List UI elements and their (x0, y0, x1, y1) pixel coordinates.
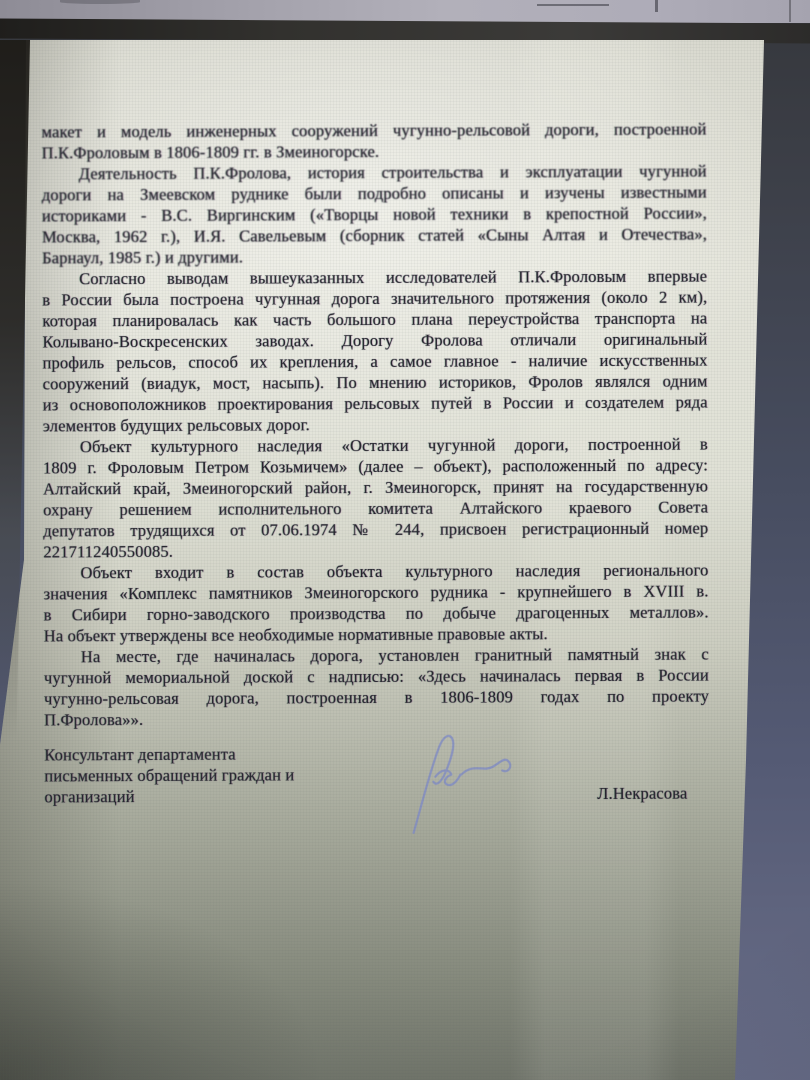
handwritten-signature (399, 724, 550, 845)
text-line: Объект входит в состав объекта культурно… (43, 560, 708, 584)
paragraph: Согласно выводам вышеуказанных исследова… (42, 266, 708, 437)
signer-name: Л.Некрасова (597, 783, 687, 804)
text-line: значения «Комплекс памятников Змеиногорс… (44, 581, 709, 605)
text-line: На месте, где начиналась дорога, установ… (44, 644, 709, 668)
text-line: 221711240550085. (43, 539, 708, 563)
document-body: макет и модель инженерных сооружений чуг… (42, 119, 710, 731)
text-line: дороги на Змеевском руднике были подробн… (42, 182, 707, 206)
text-line: Колывано-Воскресенских заводах. Дорогу Ф… (42, 329, 707, 353)
text-line: Барнаул, 1985 г.) и другими. (42, 245, 707, 269)
signer-title-line: Консультант департамента (44, 742, 709, 766)
text-line: депутатов трудящихся от 07.06.1974 № 244… (43, 518, 708, 542)
text-line: элементов будущих рельсовых дорог. (43, 413, 708, 437)
screen-artifact-tick (655, 0, 658, 12)
paragraph: На месте, где начиналась дорога, установ… (44, 644, 709, 731)
text-line: профиль рельсов, способ их крепления, а … (43, 350, 708, 374)
document-text: макет и модель инженерных сооружений чуг… (42, 119, 710, 808)
text-line: которая планировалась как часть большого… (42, 308, 707, 332)
text-line: в России была построена чугунная дорога … (42, 287, 707, 311)
text-line: На объект утверждены все необходимые нор… (44, 623, 709, 647)
signature-block: Консультант департаментаписьменных обращ… (44, 742, 709, 808)
text-line: чугунной мемориальной доской с надписью:… (44, 665, 709, 689)
screen-bezel-band (0, 19, 810, 44)
paragraph: Объект входит в состав объекта культурно… (43, 560, 708, 647)
text-line: историками - В.С. Виргинским («Творцы но… (42, 203, 707, 227)
text-line: охрану решением исполнительного комитета… (43, 497, 708, 521)
text-line: чугунно-рельсовая дорога, построенная в … (44, 686, 709, 710)
text-line: Деятельность П.К.Фролова, история строит… (42, 161, 707, 185)
text-line: Согласно выводам вышеуказанных исследова… (42, 266, 707, 290)
screen-artifact-edge (789, 0, 791, 22)
photo-frame: макет и модель инженерных сооружений чуг… (0, 0, 810, 1080)
text-line: Объект культурного наследия «Остатки чуг… (43, 434, 708, 458)
paragraph: макет и модель инженерных сооружений чуг… (42, 119, 707, 164)
paragraph: Деятельность П.К.Фролова, история строит… (42, 161, 707, 269)
text-line: П.Фролова»». (44, 707, 709, 731)
text-line: Москва, 1962 г.), И.Я. Савельевым (сборн… (42, 224, 707, 248)
text-line: в Сибири горно-заводского производства п… (44, 602, 709, 626)
text-line: П.К.Фроловым в 1806-1809 гг. в Змеиногор… (42, 140, 707, 164)
text-line: 1809 г. Фроловым Петром Козьмичем» (дале… (43, 455, 708, 479)
screen-artifact-curve (60, 0, 140, 4)
screen-artifact-line (537, 4, 609, 6)
text-line: макет и модель инженерных сооружений чуг… (42, 119, 707, 143)
text-line: сооружений (виадук, мост, насыпь). По мн… (43, 371, 708, 395)
text-line: из основоположников проектирования рельс… (43, 392, 708, 416)
text-line: Алтайский край, Змеиногорский район, г. … (43, 476, 708, 500)
document-page: макет и модель инженерных сооружений чуг… (0, 40, 810, 1080)
paragraph: Объект культурного наследия «Остатки чуг… (43, 434, 709, 563)
